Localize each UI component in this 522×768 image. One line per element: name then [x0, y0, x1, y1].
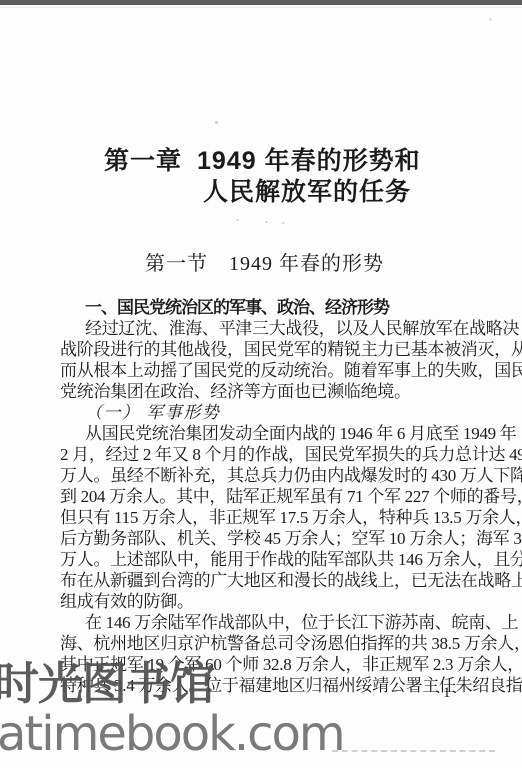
- scan-noise-speck: [265, 221, 268, 223]
- body-line: 一、国民党统治区的军事、政治、经济形势: [60, 297, 480, 318]
- chapter-title: 第一章 1949 年春的形势和 人民解放军的任务: [104, 146, 421, 208]
- body-line: 从国民党统治集团发动全面内战的 1946 年 6 月底至 1949 年: [60, 423, 480, 444]
- chapter-title-line1: 1949 年春的形势和: [197, 146, 421, 177]
- body-line: 战阶段进行的其他战役，国民党军的精锐主力已基本被消灭，从: [60, 339, 480, 360]
- body-line: 而从根本上动摇了国民党的反动统治。随着军事上的失败，国民: [60, 360, 480, 381]
- scan-noise-speck: [215, 121, 218, 124]
- scan-top-bar: [0, 0, 522, 5]
- body-line: 组成有效的防御。: [60, 591, 480, 612]
- body-line: 在 146 万余陆军作战部队中，位于长江下游苏南、皖南、上: [60, 612, 480, 633]
- scan-noise-speck: [236, 219, 239, 221]
- scan-noise-speck: [489, 18, 492, 21]
- body-line: 万人。上述部队中，能用于作战的陆军部队共 146 万余人，且分: [60, 549, 480, 570]
- body-line: 布在从新疆到台湾的广大地区和漫长的战线上，已无法在战略上: [60, 570, 480, 591]
- body-line: 经过辽沈、淮海、平津三大战役，以及人民解放军在战略决: [60, 318, 480, 339]
- watermark-cjk: 时光图书馆: [0, 661, 214, 706]
- page-number: ·1·: [436, 685, 460, 702]
- chapter-title-line2: 人民解放军的任务: [203, 177, 421, 208]
- section-title: 第一节 1949 年春的形势: [145, 247, 384, 276]
- body-line: 海、杭州地区归京沪杭警备总司令汤恩伯指挥的共 38.5 万余人，: [60, 633, 480, 654]
- scan-top-hairline: [0, 7, 522, 8]
- body-line: 万人。虽经不断补充，其总兵力仍由内战爆发时的 430 万人下降: [60, 465, 480, 486]
- chapter-number: 第一章: [104, 146, 182, 177]
- scan-noise-speck: [282, 222, 285, 224]
- body-line: 但只有 115 万余人，非正规军 17.5 万余人，特种兵 13.5 万余人，: [60, 507, 480, 528]
- chapter-title-row: 第一章 1949 年春的形势和: [104, 146, 421, 177]
- body-line: 后方勤务部队、机关、学校 45 万余人；空军 10 万余人；海军 3 余: [60, 528, 480, 549]
- body-line: 到 204 万余人。其中，陆军正规军虽有 71 个军 227 个师的番号，: [60, 486, 480, 507]
- watermark-latin: atimebook.com: [0, 708, 344, 761]
- body-text: 一、国民党统治区的军事、政治、经济形势经过辽沈、淮海、平津三大战役，以及人民解放…: [60, 297, 480, 696]
- scan-dashed-artifact: [332, 750, 495, 752]
- body-line: （一） 军事形势: [60, 402, 480, 423]
- body-line: 党统治集团在政治、经济等方面也已濒临绝境。: [60, 381, 480, 402]
- body-line: 2 月，经过 2 年又 8 个月的作战，国民党军损失的兵力总计达 495: [60, 444, 480, 465]
